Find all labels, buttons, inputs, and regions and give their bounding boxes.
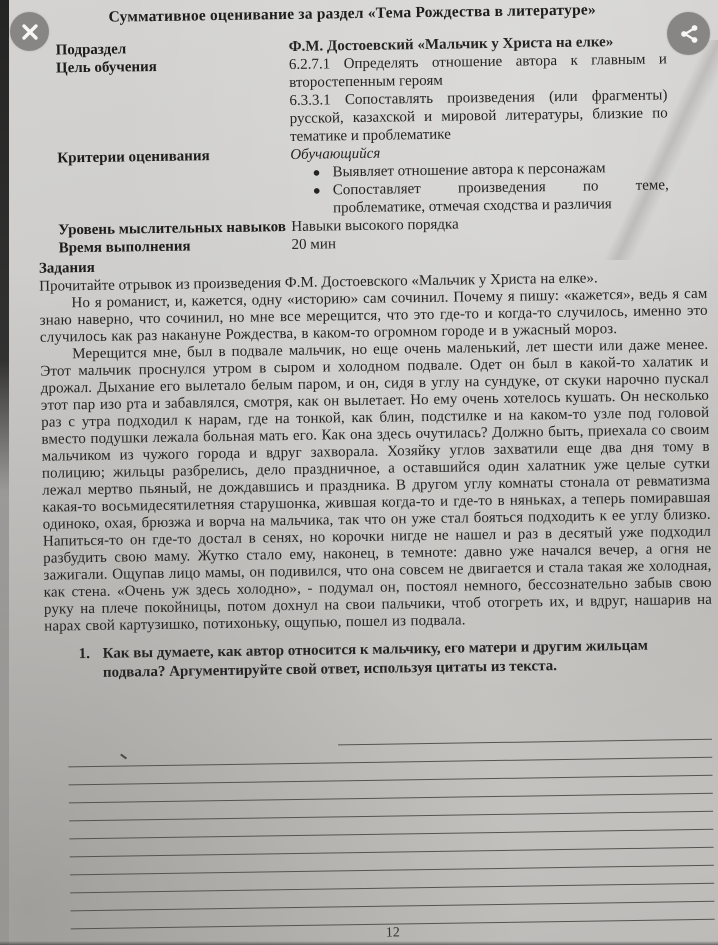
close-button[interactable] <box>10 12 49 51</box>
document-photo: Суммативное оценивание за раздел «Тема Р… <box>0 0 718 945</box>
excerpt-paragraph: Мерещится мне, был в подвале мальчик, но… <box>40 337 712 636</box>
bullet-icon: ● <box>312 163 332 181</box>
answer-lines <box>68 723 715 930</box>
criteria-bullet-item: ● Сопоставляет произведения по теме, про… <box>313 176 669 217</box>
close-icon <box>20 22 40 42</box>
objective-value: 6.2.7.1 Определять отношение автора к гл… <box>289 50 668 146</box>
assessment-meta-table: Подраздел Ф.М. Достоевский «Мальчик у Хр… <box>56 32 707 258</box>
share-button[interactable] <box>667 12 710 55</box>
question-text: Как вы думаете, как автор относится к ма… <box>103 636 713 683</box>
bullet-icon: ● <box>313 181 334 217</box>
tasks-section: Задания Прочитайте отрывок из произведен… <box>39 250 713 684</box>
objective-item: 6.3.3.1 Сопоставлять произведения (или ф… <box>289 86 668 146</box>
objective-item: 6.2.7.1 Определять отношение автора к гл… <box>289 50 667 92</box>
criteria-bullet-text: Сопоставляет произведения по теме, пробл… <box>333 176 669 217</box>
objective-label: Цель обучения <box>56 56 289 77</box>
assessment-document: Суммативное оценивание за раздел «Тема Р… <box>0 0 718 945</box>
criteria-bullet-line: Сопоставляет произведения по теме, <box>333 176 669 199</box>
time-label: Время выполнения <box>59 236 292 257</box>
document-title: Суммативное оценивание за раздел «Тема Р… <box>0 0 711 28</box>
answer-area: 12 <box>68 723 715 945</box>
share-icon <box>677 22 701 46</box>
criteria-value: Обучающийся ● Выявляет отношение автора … <box>290 140 669 218</box>
meta-row-criteria: Критерии оценивания Обучающийся ● Выявля… <box>57 140 706 222</box>
meta-row-objective: Цель обучения 6.2.7.1 Определять отношен… <box>56 50 705 150</box>
criteria-label: Критерии оценивания <box>57 146 290 167</box>
question-1: 1. Как вы думаете, как автор относится к… <box>79 636 713 683</box>
question-number: 1. <box>79 645 104 683</box>
